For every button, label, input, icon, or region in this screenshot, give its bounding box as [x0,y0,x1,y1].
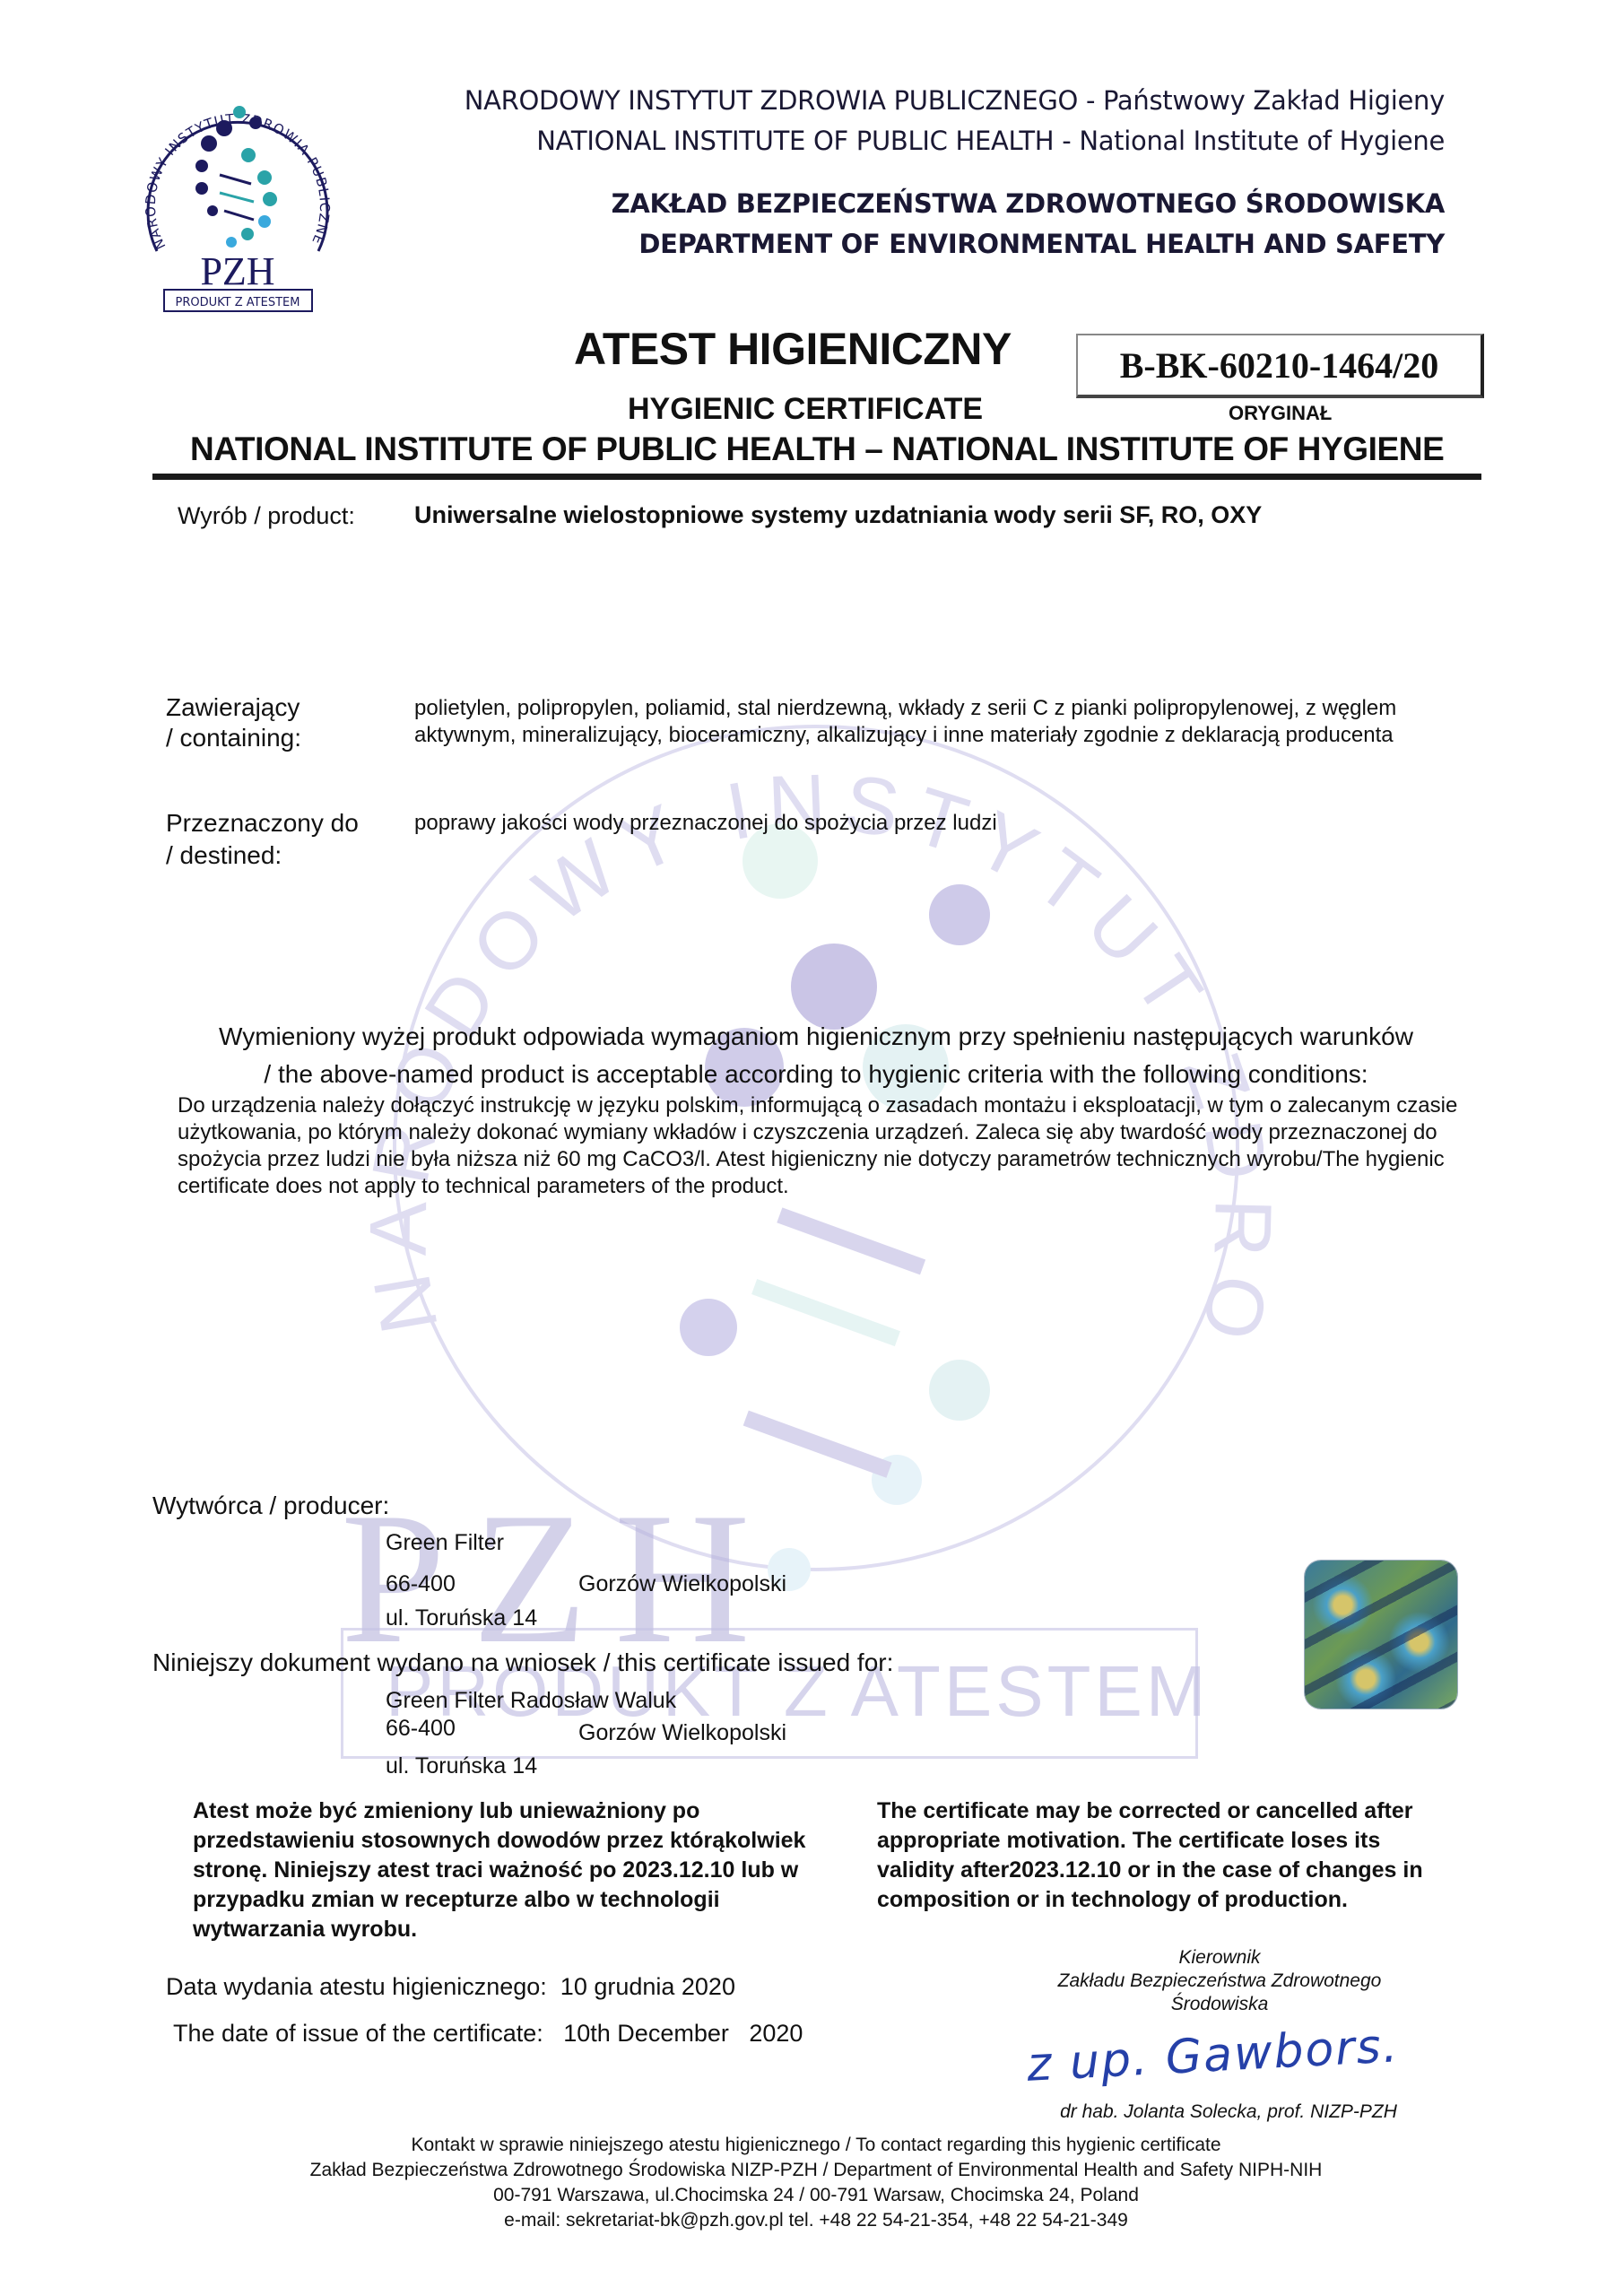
signatory-title-line1: Kierownik [977,1946,1462,1970]
original-mark: ORYGINAŁ [1229,402,1332,425]
department-name-pl: ZAKŁAD BEZPIECZEŃSTWA ZDROWOTNEGO ŚRODOW… [612,188,1445,219]
signatory-title: Kierownik Zakładu Bezpieczeństwa Zdrowot… [977,1946,1462,2016]
svg-text:NARODOWY INSTYTUT ZDROWIA PUBL: NARODOWY INSTYTUT ZDROWIA PUBLICZNEGO [130,76,333,252]
certificate-number-box: B-BK-60210-1464/20 [1076,334,1484,398]
containing-value: polietylen, polipropylen, poliamid, stal… [414,695,1472,749]
signatory-title-line2: Zakładu Bezpieczeństwa Zdrowotnego [977,1970,1462,1993]
svg-text:PZH: PZH [200,249,274,293]
producer-name: Green Filter [386,1530,504,1556]
producer-city: Gorzów Wielkopolski [578,1571,786,1597]
security-hologram [1305,1561,1457,1709]
destined-value: poprawy jakości wody przeznaczonej do sp… [414,810,997,837]
contact-footer: Kontakt w sprawie niniejszego atestu hig… [152,2133,1480,2233]
handwritten-signature: z up. Gawbors. [1026,2019,1401,2092]
issuing-institute-title: NATIONAL INSTITUTE OF PUBLIC HEALTH – NA… [190,430,1444,468]
validity-note-en: The certificate may be corrected or canc… [877,1796,1451,1915]
conditions-heading: Wymieniony wyżej produkt odpowiada wymag… [170,1018,1462,1093]
containing-label-pl: Zawierający [166,692,301,723]
certificate-number: B-BK-60210-1464/20 [1120,344,1439,387]
applicant-name: Green Filter Radosław Waluk [386,1688,676,1714]
document-subtitle: HYGIENIC CERTIFICATE [628,392,983,427]
footer-email-phone[interactable]: e-mail: sekretariat-bk@pzh.gov.pl tel. +… [152,2208,1480,2233]
producer-street: ul. Toruńska 14 [386,1605,537,1631]
issue-date-pl: Data wydania atestu higienicznego: 10 gr… [166,1973,735,2001]
title-divider [152,474,1481,480]
product-label: Wyrób / product: [178,502,355,530]
producer-label: Wytwórca / producer: [152,1492,389,1520]
applicant-street: ul. Toruńska 14 [386,1753,537,1779]
institute-name-pl: NARODOWY INSTYTUT ZDROWIA PUBLICZNEGO - … [465,85,1445,116]
svg-text:NARODOWY INSTYTUT ZDROWIA PUBL: NARODOWY INSTYTUT ZDROWIA PUBLICZNEGO [278,646,1288,1361]
applicant-postal-code: 66-400 [386,1716,456,1742]
footer-line-1: Kontakt w sprawie niniejszego atestu hig… [152,2133,1480,2158]
issue-date-value-en: 10th December 2020 [563,2020,803,2047]
conditions-heading-en: / the above-named product is acceptable … [170,1056,1462,1093]
destined-label: Przeznaczony do / destined: [166,807,359,872]
footer-line-3: 00-791 Warszawa, ul.Chocimska 24 / 00-79… [152,2183,1480,2208]
product-value: Uniwersalne wielostopniowe systemy uzdat… [414,501,1262,529]
containing-label: Zawierający / containing: [166,692,301,753]
validity-note-pl: Atest może być zmieniony lub unieważnion… [193,1796,838,1944]
signatory-title-line3: Środowiska [977,1993,1462,2016]
issue-date-label-pl: Data wydania atestu higienicznego: [166,1973,547,2000]
department-name-en: DEPARTMENT OF ENVIRONMENTAL HEALTH AND S… [638,229,1445,259]
issue-date-en: The date of issue of the certificate: 10… [173,2020,803,2048]
issue-date-value-pl: 10 grudnia 2020 [560,1973,735,2000]
issued-for-label: Niniejszy dokument wydano na wniosek / t… [152,1648,893,1677]
pzh-logo: NARODOWY INSTYTUT ZDROWIA PUBLICZNEGO PZ… [130,76,345,314]
issue-date-label-en: The date of issue of the certificate: [173,2020,543,2047]
destined-label-en: / destined: [166,839,359,872]
producer-postal-code: 66-400 [386,1571,456,1597]
applicant-city: Gorzów Wielkopolski [578,1720,786,1746]
containing-label-en: / containing: [166,723,301,753]
conditions-heading-pl: Wymieniony wyżej produkt odpowiada wymag… [170,1018,1462,1056]
signatory-name: dr hab. Jolanta Solecka, prof. NIZP-PZH [1004,2101,1453,2123]
conditions-body: Do urządzenia należy dołączyć instrukcję… [178,1092,1469,1200]
svg-text:PRODUKT Z ATESTEM: PRODUKT Z ATESTEM [176,296,300,309]
document-title: ATEST HIGIENICZNY [574,323,1012,375]
destined-label-pl: Przeznaczony do [166,807,359,839]
footer-line-2: Zakład Bezpieczeństwa Zdrowotnego Środow… [152,2158,1480,2183]
institute-name-en: NATIONAL INSTITUTE OF PUBLIC HEALTH - Na… [536,126,1445,156]
